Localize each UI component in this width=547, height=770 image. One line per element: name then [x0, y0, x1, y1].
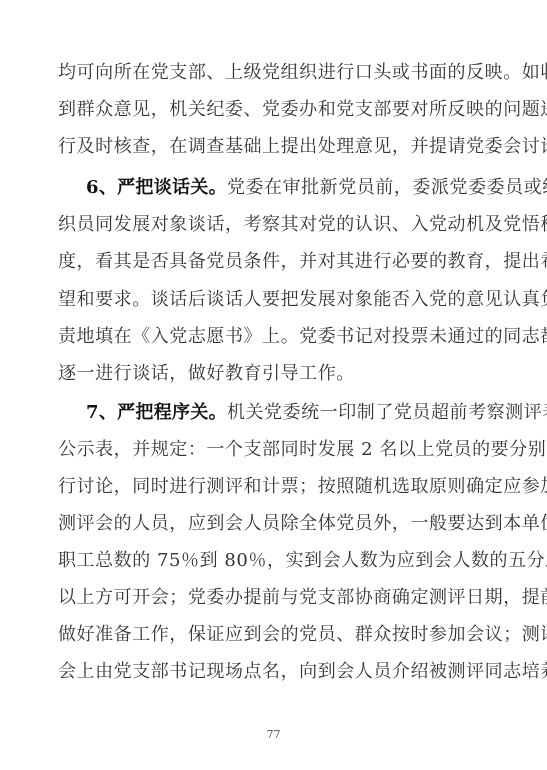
page-number: 77	[0, 728, 547, 741]
text-line: 做好准备工作，保证应到会的党员、群众按时参加会议；测评	[58, 623, 488, 647]
line-text: 行讨论，同时进行测评和计票；按照随机选取原则确定应参加	[58, 476, 547, 497]
line-text: 机关党委统一印制了党员超前考察测评表、	[227, 402, 547, 423]
text-line: 责地填在《入党志愿书》上。党委书记对投票未通过的同志都	[58, 325, 488, 349]
line-text: 逐一进行谈话，做好教育引导工作。	[58, 363, 355, 384]
line-text: 责地填在《入党志愿书》上。党委书记对投票未通过的同志都	[58, 326, 547, 347]
text-line: 到群众意见，机关纪委、党委办和党支部要对所反映的问题进	[58, 98, 488, 122]
text-line: 均可向所在党支部、上级党组织进行口头或书面的反映。如收	[58, 61, 488, 85]
line-text: 望和要求。谈话后谈话人要把发展对象能否入党的意见认真负	[58, 289, 547, 310]
line-text: 均可向所在党支部、上级党组织进行口头或书面的反映。如收	[58, 62, 547, 83]
line-text: 党委在审批新党员前，委派党委委员或组	[227, 177, 547, 198]
text-line: 公示表，并规定：一个支部同时发展 2 名以上党员的要分别进	[58, 438, 488, 462]
line-text: 度，看其是否具备党员条件，并对其进行必要的教育，提出希	[58, 251, 547, 272]
line-text: 做好准备工作，保证应到会的党员、群众按时参加会议；测评	[58, 624, 547, 645]
document-page: 均可向所在党支部、上级党组织进行口头或书面的反映。如收 到群众意见，机关纪委、党…	[0, 0, 547, 770]
line-text: 行及时核查，在调查基础上提出处理意见，并提请党委会讨论。	[58, 136, 547, 157]
section-heading: 7、严把程序关。	[86, 402, 227, 423]
line-text: 测评会的人员，应到会人员除全体党员外，一般要达到本单位	[58, 513, 547, 534]
text-line: 行讨论，同时进行测评和计票；按照随机选取原则确定应参加	[58, 475, 488, 499]
section-7-heading-line: 7、严把程序关。机关党委统一印制了党员超前考察测评表、	[86, 401, 488, 425]
text-line: 测评会的人员，应到会人员除全体党员外，一般要达到本单位	[58, 512, 488, 536]
line-text: 织员同发展对象谈话，考察其对党的认识、入党动机及党悟程	[58, 214, 547, 235]
section-heading: 6、严把谈话关。	[86, 177, 227, 198]
line-text: 公示表，并规定：一个支部同时发展 2 名以上党员的要分别进	[58, 439, 547, 460]
text-line: 行及时核查，在调查基础上提出处理意见，并提请党委会讨论。	[58, 135, 488, 159]
section-6-heading-line: 6、严把谈话关。党委在审批新党员前，委派党委委员或组	[86, 176, 488, 200]
text-line: 以上方可开会；党委办提前与党支部协商确定测评日期，提前	[58, 586, 488, 610]
text-line: 度，看其是否具备党员条件，并对其进行必要的教育，提出希	[58, 250, 488, 274]
line-text: 会上由党支部书记现场点名，向到会人员介绍被测评同志培养	[58, 661, 547, 682]
line-text: 到群众意见，机关纪委、党委办和党支部要对所反映的问题进	[58, 99, 547, 120]
text-line: 会上由党支部书记现场点名，向到会人员介绍被测评同志培养	[58, 660, 488, 684]
line-text: 职工总数的 75％到 80％，实到会人数为应到会人数的五分之四	[58, 550, 547, 571]
text-line: 织员同发展对象谈话，考察其对党的认识、入党动机及党悟程	[58, 213, 488, 237]
text-line: 逐一进行谈话，做好教育引导工作。	[58, 362, 488, 386]
text-line: 望和要求。谈话后谈话人要把发展对象能否入党的意见认真负	[58, 288, 488, 312]
line-text: 以上方可开会；党委办提前与党支部协商确定测评日期，提前	[58, 587, 547, 608]
text-line: 职工总数的 75％到 80％，实到会人数为应到会人数的五分之四	[58, 549, 488, 573]
